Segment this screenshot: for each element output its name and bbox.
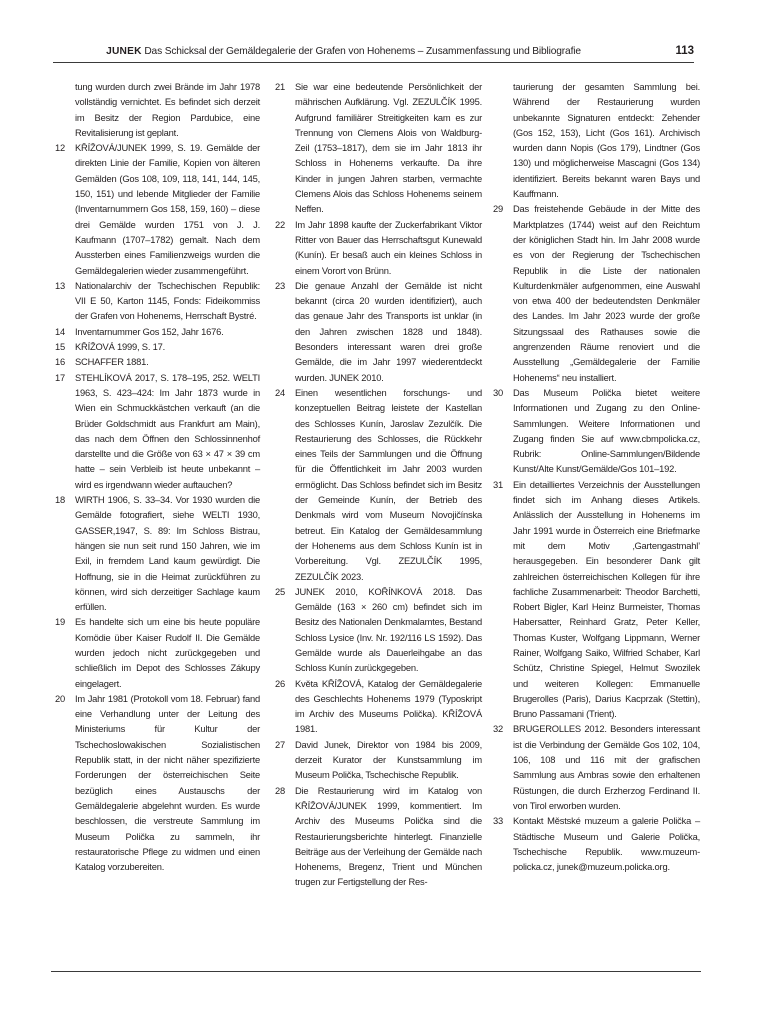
footnote-column-3: taurierung der gesamten Sammlung bei. Wä… (493, 80, 700, 875)
footnote-number: 31 (493, 478, 509, 493)
footnote-number: 14 (55, 325, 71, 340)
footnote-text: Das freistehende Gebäude in der Mitte de… (513, 204, 700, 382)
footnote-29: 29Das freistehende Gebäude in der Mitte … (493, 202, 700, 386)
footnote-number: 28 (275, 784, 291, 799)
footnote-32: 32BRUGEROLLES 2012. Besonders interessan… (493, 722, 700, 814)
footnote-text: Einen wesentlichen forschungs- und konze… (295, 388, 482, 582)
footnote-33: 33Kontakt Městské muzeum a galerie Polič… (493, 814, 700, 875)
footnote-text: JUNEK 2010, KOŘÍNKOVÁ 2018. Das Gemälde … (295, 587, 482, 673)
footnote-15: 15KŘÍŽOVÁ 1999, S. 17. (55, 340, 260, 355)
footnote-text: Sie war eine bedeutende Persönlichkeit d… (295, 82, 482, 214)
footnote-number: 17 (55, 371, 71, 386)
footnote-text: Kontakt Městské muzeum a galerie Polička… (513, 816, 700, 872)
footnote-31: 31Ein detailliertes Verzeichnis der Auss… (493, 478, 700, 723)
footnote-25: 25JUNEK 2010, KOŘÍNKOVÁ 2018. Das Gemäld… (275, 585, 482, 677)
footnote-text: Im Jahr 1981 (Protokoll vom 18. Februar)… (75, 694, 260, 872)
footnote-16: 16SCHAFFER 1881. (55, 355, 260, 370)
footnote-text: Ein detailliertes Verzeichnis der Ausste… (513, 480, 700, 719)
footnote-continuation: tung wurden durch zwei Brände im Jahr 19… (55, 80, 260, 141)
footnote-text: KŘÍŽOVÁ 1999, S. 17. (75, 342, 165, 352)
footnote-text: KŘÍŽOVÁ/JUNEK 1999, S. 19. Gemälde der d… (75, 143, 260, 275)
footnote-text: David Junek, Direktor von 1984 bis 2009,… (295, 740, 482, 781)
footnote-column-1: tung wurden durch zwei Brände im Jahr 19… (55, 80, 260, 875)
footnote-text: Die Restaurierung wird im Katalog von KŘ… (295, 786, 482, 888)
footnote-20: 20Im Jahr 1981 (Protokoll vom 18. Februa… (55, 692, 260, 876)
footnote-28: 28Die Restaurierung wird im Katalog von … (275, 784, 482, 891)
footnote-number: 15 (55, 340, 71, 355)
footnote-text: Im Jahr 1898 kaufte der Zuckerfabrikant … (295, 220, 482, 276)
footnote-number: 19 (55, 615, 71, 630)
footnote-number: 29 (493, 202, 509, 217)
footnote-27: 27David Junek, Direktor von 1984 bis 200… (275, 738, 482, 784)
footnote-number: 12 (55, 141, 71, 156)
running-head-text: Das Schicksal der Gemäldegalerie der Gra… (144, 46, 581, 57)
footnote-number: 30 (493, 386, 509, 401)
footnote-number: 25 (275, 585, 291, 600)
footnote-continuation: taurierung der gesamten Sammlung bei. Wä… (493, 80, 700, 202)
footnote-18: 18WIRTH 1906, S. 33–34. Vor 1930 wurden … (55, 493, 260, 615)
header-rule (53, 62, 694, 63)
running-head-author: JUNEK (106, 46, 142, 57)
footnote-number: 27 (275, 738, 291, 753)
footnote-14: 14Inventarnummer Gos 152, Jahr 1676. (55, 325, 260, 340)
footnote-30: 30Das Museum Polička bietet weitere Info… (493, 386, 700, 478)
footnote-number: 23 (275, 279, 291, 294)
footnote-21: 21Sie war eine bedeutende Persönlichkeit… (275, 80, 482, 218)
footnote-number: 21 (275, 80, 291, 95)
footnote-column-2: 21Sie war eine bedeutende Persönlichkeit… (275, 80, 482, 891)
footnote-17: 17STEHLÍKOVÁ 2017, S. 178–195, 252. WELT… (55, 371, 260, 493)
page-number: 113 (675, 45, 694, 57)
footnote-12: 12KŘÍŽOVÁ/JUNEK 1999, S. 19. Gemälde der… (55, 141, 260, 279)
footnote-24: 24Einen wesentlichen forschungs- und kon… (275, 386, 482, 585)
footnote-26: 26Květa KŘÍŽOVÁ, Katalog der Gemäldegale… (275, 677, 482, 738)
footnote-text: Die genaue Anzahl der Gemälde ist nicht … (295, 281, 482, 383)
footnote-text: STEHLÍKOVÁ 2017, S. 178–195, 252. WELTI … (75, 373, 260, 490)
footnote-text: Nationalarchiv der Tschechischen Republi… (75, 281, 260, 322)
footnote-number: 24 (275, 386, 291, 401)
footnote-number: 33 (493, 814, 509, 829)
footnote-number: 13 (55, 279, 71, 294)
footer-rule (51, 971, 701, 972)
footnote-number: 32 (493, 722, 509, 737)
footnote-text: Inventarnummer Gos 152, Jahr 1676. (75, 327, 224, 337)
footnote-19: 19Es handelte sich um eine bis heute pop… (55, 615, 260, 691)
footnote-number: 16 (55, 355, 71, 370)
footnote-number: 18 (55, 493, 71, 508)
footnote-13: 13Nationalarchiv der Tschechischen Repub… (55, 279, 260, 325)
footnote-23: 23Die genaue Anzahl der Gemälde ist nich… (275, 279, 482, 386)
footnote-number: 20 (55, 692, 71, 707)
footnote-text: Es handelte sich um eine bis heute popul… (75, 617, 260, 688)
footnote-22: 22Im Jahr 1898 kaufte der Zuckerfabrikan… (275, 218, 482, 279)
footnote-text: Květa KŘÍŽOVÁ, Katalog der Gemäldegaleri… (295, 679, 482, 735)
footnote-text: SCHAFFER 1881. (75, 357, 149, 367)
footnote-number: 26 (275, 677, 291, 692)
running-head-title: JUNEK Das Schicksal der Gemäldegalerie d… (53, 46, 634, 57)
footnote-text: BRUGEROLLES 2012. Besonders interessant … (513, 724, 700, 810)
running-head: JUNEK Das Schicksal der Gemäldegalerie d… (53, 44, 694, 62)
footnote-number: 22 (275, 218, 291, 233)
footnote-text: WIRTH 1906, S. 33–34. Vor 1930 wurden di… (75, 495, 260, 612)
footnote-text: Das Museum Polička bietet weitere Inform… (513, 388, 700, 474)
